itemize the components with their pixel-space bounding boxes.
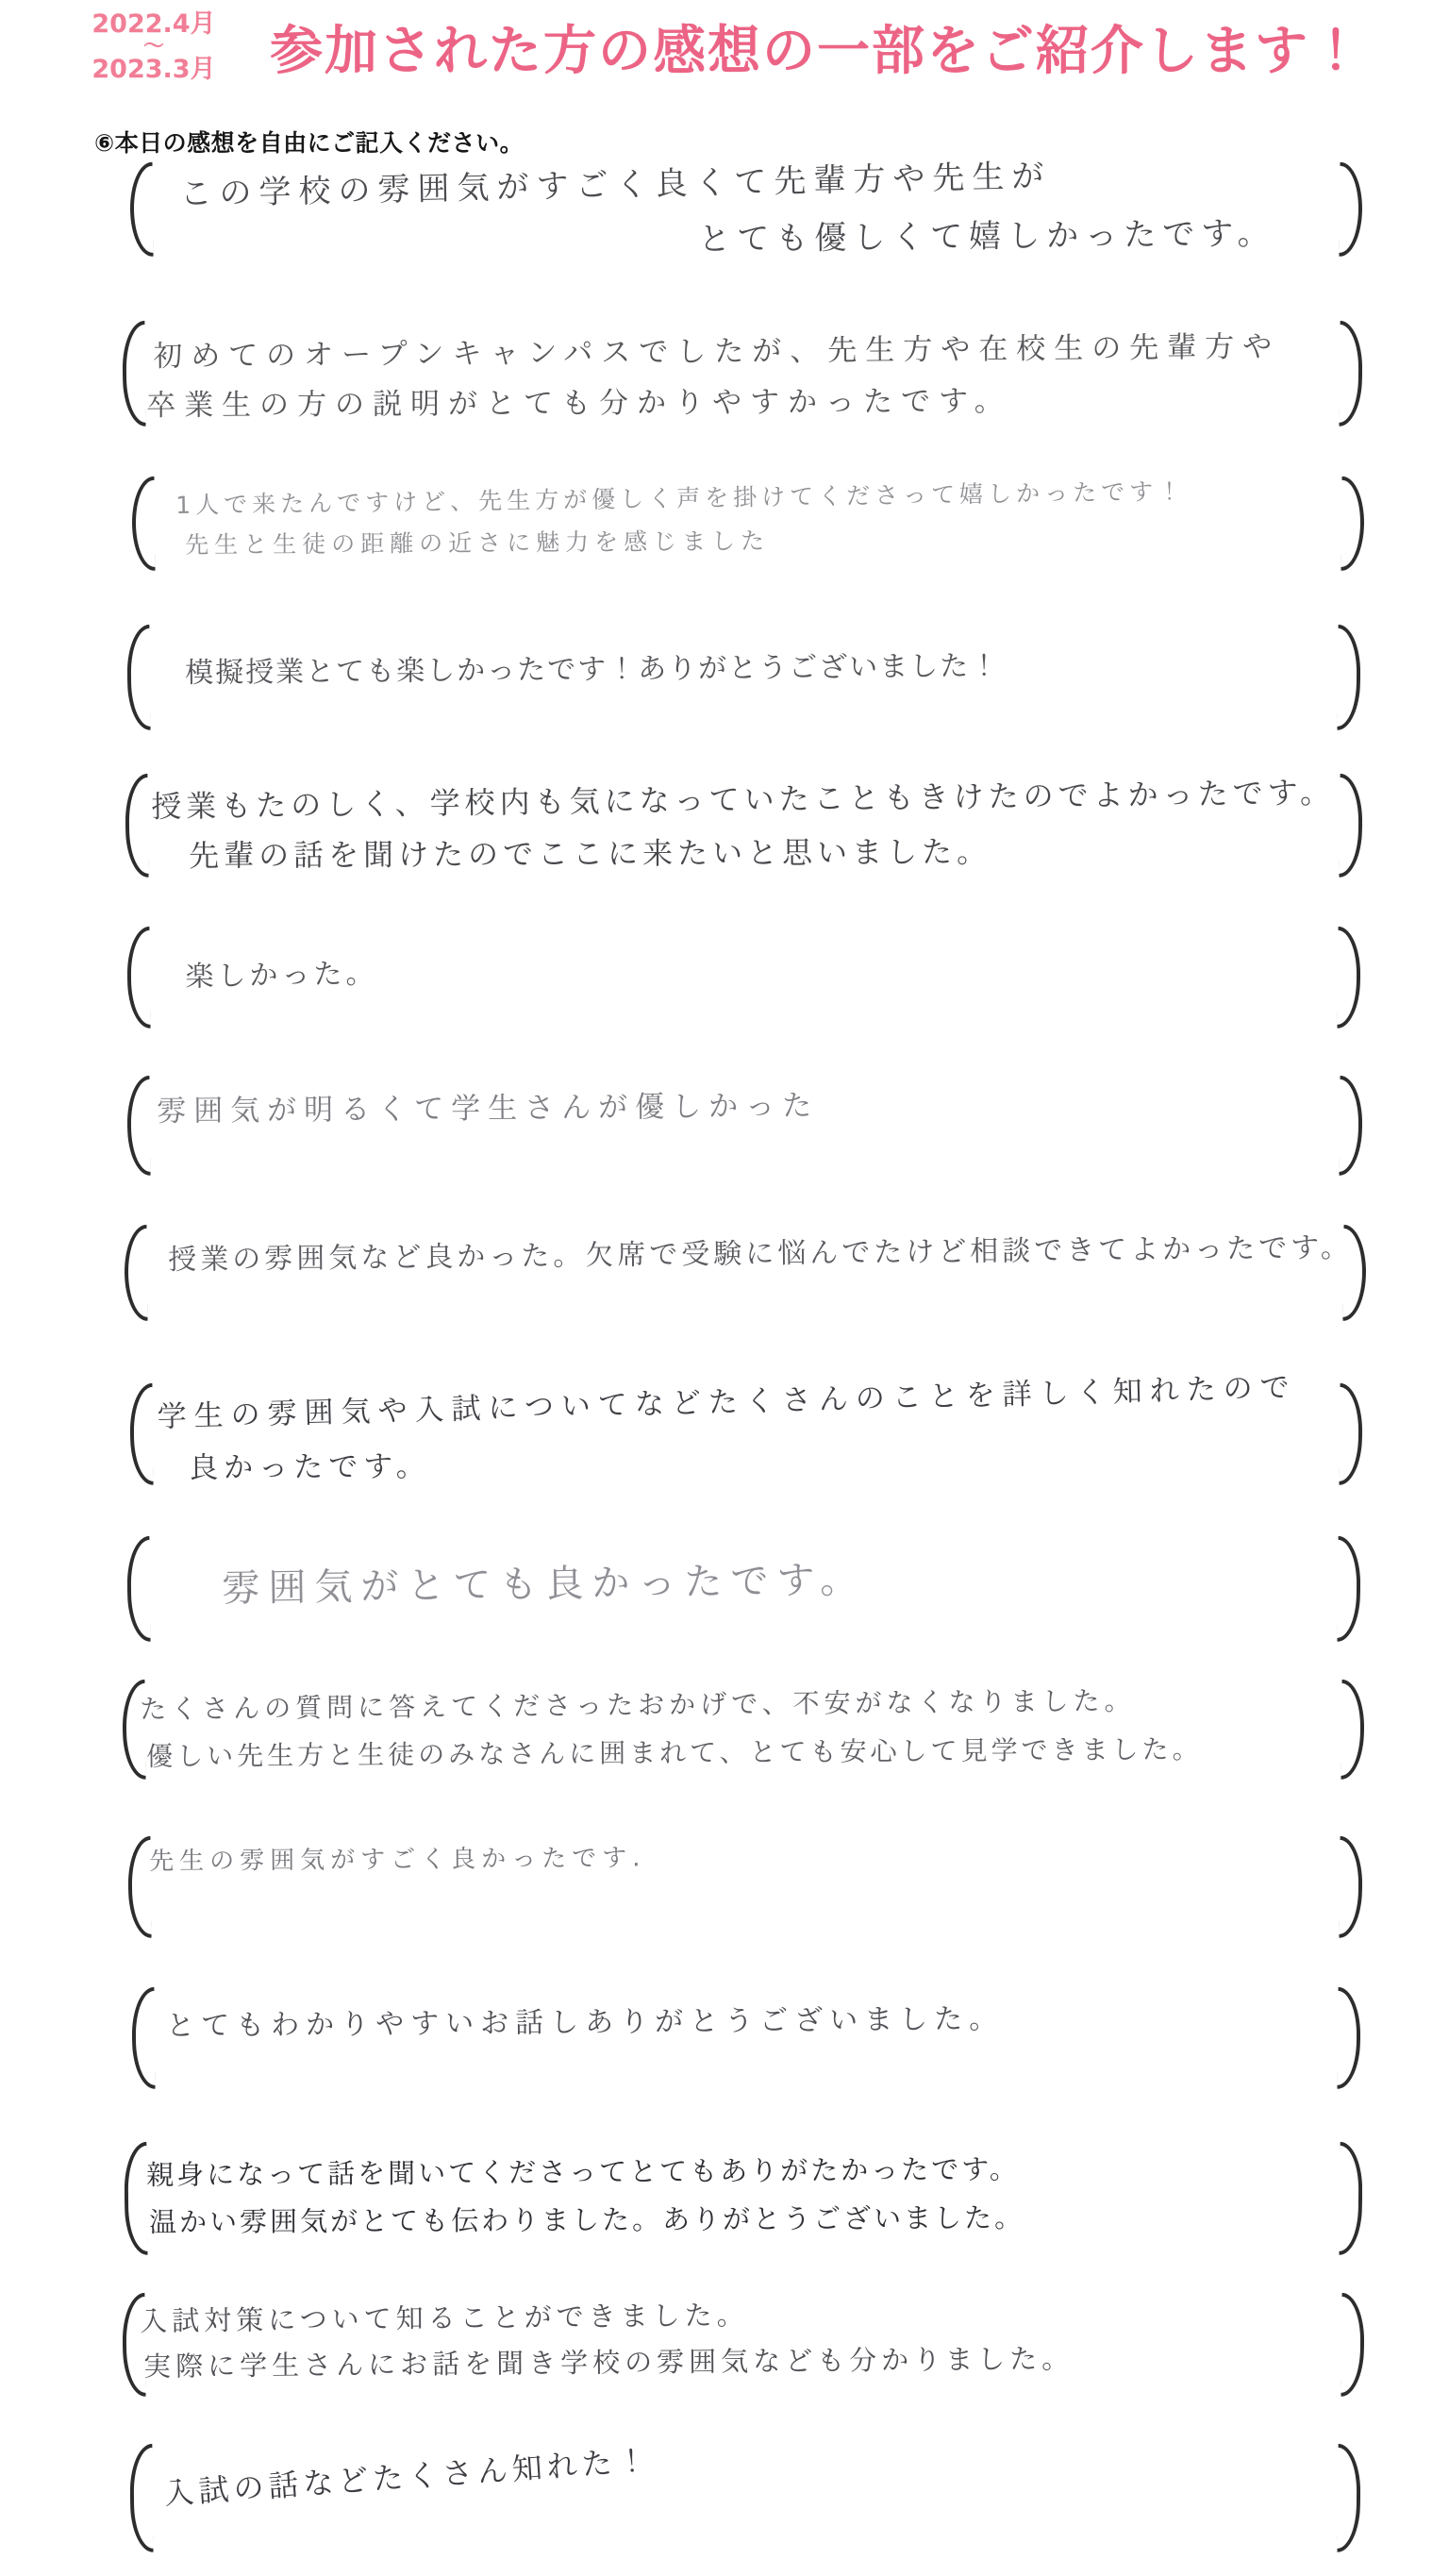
left-bracket-icon [124, 2142, 147, 2255]
comment-line: 初めてのオープンキャンパスでしたが、先生方や在校生の先輩方や [153, 323, 1280, 375]
right-bracket-icon [1337, 1987, 1360, 2089]
comment-line: 授業の雰囲気など良かった。欠席で受験に悩んでたけど相談できてよかったです。 [168, 1224, 1353, 1278]
question-label: ⑥本日の感想を自由にご記入ください。 [94, 125, 524, 159]
comment-line: とても優しくて嬉しかったです。 [698, 208, 1276, 259]
comment-line: 学生の雰囲気や入試についてなどたくさんのことを詳しく知れたので [157, 1363, 1297, 1435]
right-bracket-icon [1341, 1680, 1364, 1780]
comment-line: 1人で来たんですけど、先生方が優しく声を掛けてくださって嬉しかったです！ [175, 473, 1186, 521]
right-bracket-icon [1337, 927, 1360, 1029]
left-bracket-icon [126, 625, 150, 730]
right-bracket-icon [1337, 1536, 1360, 1642]
right-bracket-icon [1339, 1076, 1362, 1176]
date-range: 2022.4月 ～ 2023.3月 [83, 11, 225, 83]
date-to: 2023.3月 [83, 57, 225, 83]
comment-line: 実際に学生さんにお話を聞き学校の雰囲気なども分かりました。 [143, 2337, 1074, 2384]
left-bracket-icon [131, 1987, 155, 2089]
right-bracket-icon [1341, 477, 1364, 571]
comment-line: 先生の雰囲気がすごく良かったです. [149, 1838, 646, 1877]
left-bracket-icon [129, 1383, 153, 1485]
comment-line: 温かい雰囲気がとても伝わりました。ありがとうございました。 [149, 2197, 1024, 2240]
left-bracket-icon [124, 1225, 147, 1321]
right-bracket-icon [1339, 1383, 1362, 1485]
comment-line: 雰囲気が明るくて学生さんが優しかった [157, 1081, 819, 1129]
left-bracket-icon [126, 927, 150, 1029]
comment-line: 模擬授業とても楽しかったです！ありがとうございました！ [185, 642, 1000, 691]
comment-line: 楽しかった。 [185, 949, 378, 995]
comment-line: この学校の雰囲気がすごく良くて先輩方や先生が [179, 150, 1052, 214]
right-bracket-icon [1339, 774, 1362, 878]
left-bracket-icon [127, 1836, 151, 1938]
comment-line: 入試の話などたくさん知れた！ [162, 2436, 653, 2514]
right-bracket-icon [1339, 2142, 1362, 2255]
comment-line: 良かったです。 [189, 1442, 431, 1486]
left-bracket-icon [131, 477, 155, 571]
comment-line: たくさんの質問に答えてくださったおかげで、不安がなくなりました。 [140, 1681, 1136, 1727]
right-bracket-icon [1337, 625, 1360, 730]
page-title: 参加された方の感想の一部をご紹介します！ [270, 9, 1364, 85]
comment-line: 入試対策について知ることができました。 [140, 2294, 749, 2339]
right-bracket-icon [1339, 1836, 1362, 1938]
comment-line: とてもわかりやすいお話しありがとうございました。 [166, 1995, 1004, 2044]
date-from: 2022.4月 [83, 11, 225, 38]
right-bracket-icon [1337, 2444, 1360, 2552]
left-bracket-icon [126, 1076, 150, 1176]
comment-line: 卒業生の方の説明がとても分かりやすかったです。 [146, 376, 1012, 424]
left-bracket-icon [125, 774, 148, 878]
scanned-feedback-page: 2022.4月 ～ 2023.3月 参加された方の感想の一部をご紹介します！ ⑥… [0, 0, 1449, 2576]
comment-line: 授業もたのしく、学校内も気になっていたこともきけたのでよかったです。 [151, 769, 1335, 827]
left-bracket-icon [129, 2444, 153, 2552]
comment-line: 先生と生徒の距離の近さに魅力を感じました [185, 523, 770, 560]
right-bracket-icon [1339, 162, 1362, 257]
left-bracket-icon [122, 321, 145, 427]
right-bracket-icon [1339, 321, 1362, 427]
left-bracket-icon [129, 162, 153, 257]
right-bracket-icon [1341, 2293, 1364, 2397]
comment-line: 先輩の話を聞けたのでここに来たいと思いました。 [189, 828, 991, 876]
left-bracket-icon [126, 1536, 150, 1642]
comment-line: 優しい先生方と生徒のみなさんに囲まれて、とても安心して見学できました。 [146, 1729, 1203, 1774]
comment-line: 親身になって話を聞いてくださってとてもありがたかったです。 [146, 2149, 1020, 2193]
comment-line: 雰囲気がとても良かったです。 [222, 1549, 867, 1613]
